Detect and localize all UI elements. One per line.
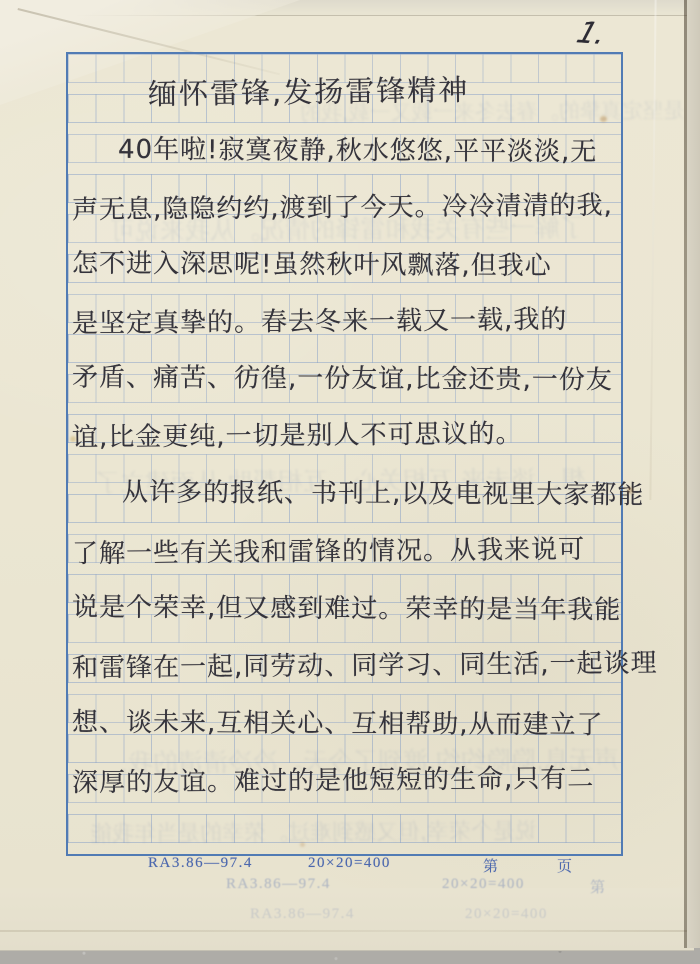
footer-page-suffix: 页 <box>557 855 574 876</box>
handwritten-line: 40年啦!寂寞夜静,秋水悠悠,平平淡淡,无 <box>118 129 597 169</box>
paper-stain <box>300 842 305 847</box>
ghost-footer-code: RA3.86—97.4 <box>226 876 331 893</box>
handwritten-line: 是坚定真挚的。春去冬来一载又一载,我的 <box>72 299 568 340</box>
handwritten-line: 从许多的报纸、书刊上,以及电视里大家都能 <box>122 472 644 512</box>
paper-stain <box>627 487 633 494</box>
handwritten-line: 矛盾、痛苦、彷徨,一份友谊,比金还贵,一份友 <box>72 357 613 397</box>
paper-stain <box>600 116 607 122</box>
manuscript-paper-sheet: 了解一些有关我和雷锋的情况。从我来说可 是坚定真挚的。春去冬来一载又一载,我的 … <box>0 0 688 888</box>
handwritten-line: 谊,比金更纯,一切是别人不可思议的。 <box>72 413 523 454</box>
ghost-footer-page-prefix: 第 <box>590 876 607 897</box>
sheet-behind-right-strip <box>687 0 700 948</box>
ghost-footer-grid-spec: 20×20=400 <box>465 906 548 923</box>
handwritten-line: 深厚的友谊。难过的是他短短的生命,只有二 <box>72 758 595 800</box>
handwritten-title: 缅怀雷锋,发扬雷锋精神 <box>148 68 470 113</box>
ghost-footer-code: RA3.86—97.4 <box>250 906 355 923</box>
handwritten-line: 说是个荣幸,但又感到难过。荣幸的是当年我能 <box>72 587 621 627</box>
footer-page-prefix: 第 <box>483 855 500 876</box>
paper-stain <box>70 436 76 442</box>
grid-row <box>68 814 621 854</box>
handwritten-page-number: 1. <box>573 15 611 51</box>
footer-grid-spec: 20×20=400 <box>308 855 391 872</box>
sheet-edge-bottom-crease <box>0 930 690 932</box>
handwritten-line: 和雷锋在一起,同劳动、同学习、同生活,一起谈理 <box>72 642 658 684</box>
handwritten-line: 了解一些有关我和雷锋的情况。从我来说可 <box>72 529 585 570</box>
handwritten-line: 怎不进入深思呢!虽然秋叶风飘落,但我心 <box>72 243 552 283</box>
handwritten-line: 想、谈未来,互相关心、互相帮助,从而建立了 <box>72 702 604 742</box>
ghost-footer-grid-spec: 20×20=400 <box>442 876 525 893</box>
footer-paper-code: RA3.86—97.4 <box>148 855 253 872</box>
handwritten-line: 声无息,隐隐约约,渡到了今天。冷冷清清的我, <box>72 185 613 227</box>
